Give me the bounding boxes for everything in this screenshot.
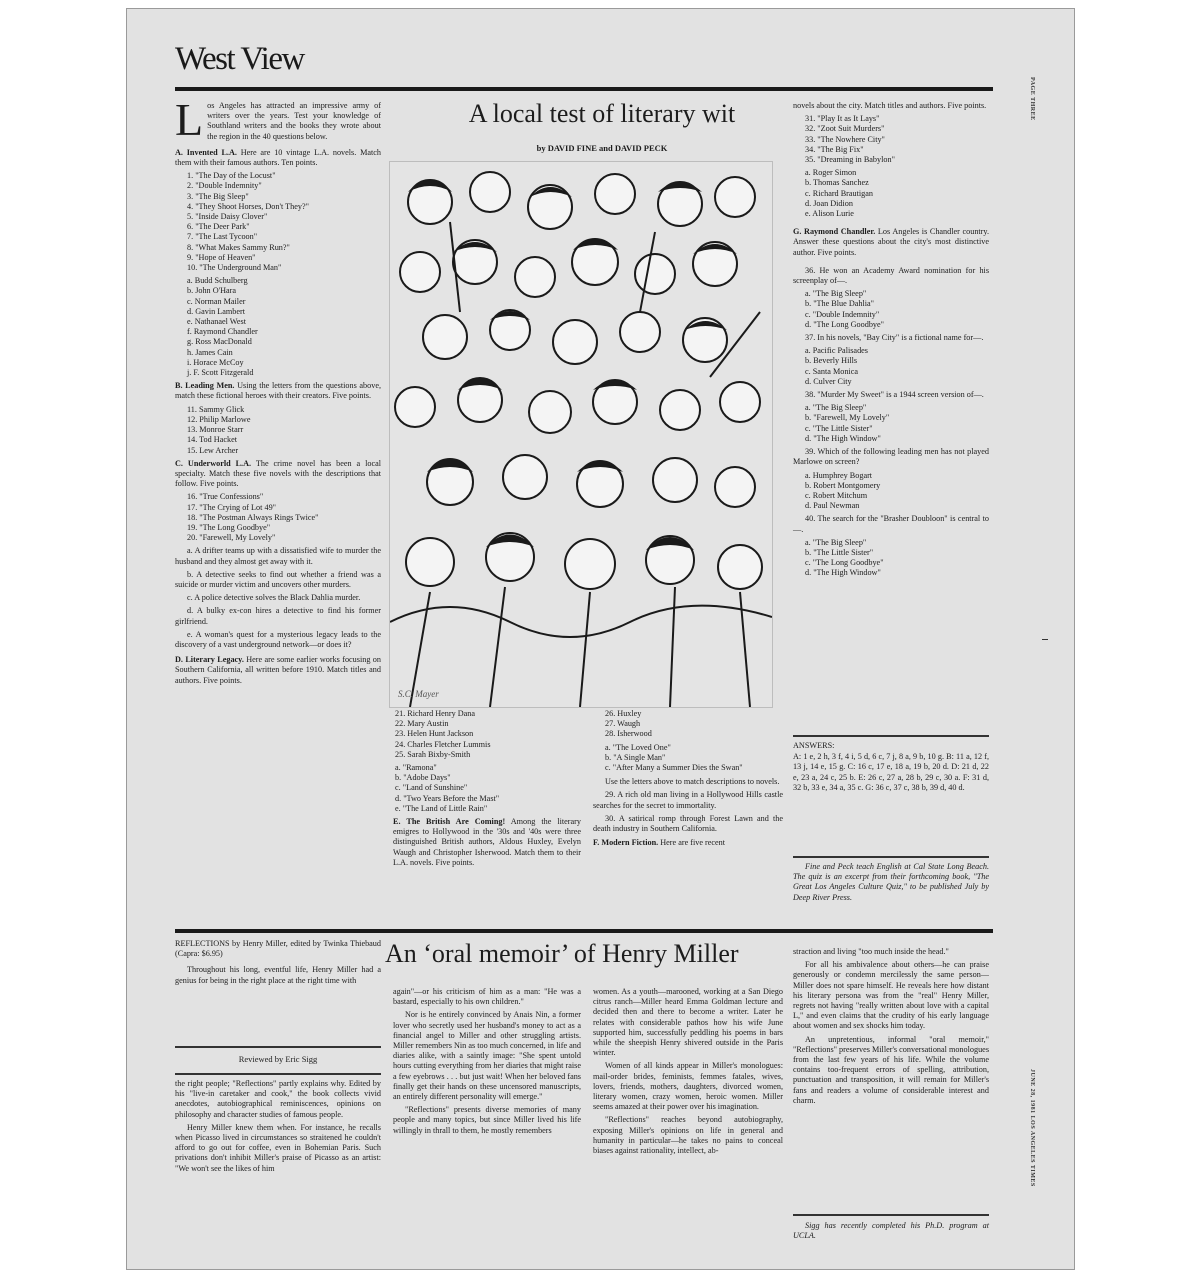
option-item: a. Pacific Palisades	[805, 346, 989, 356]
section-f-intro: F. Modern Fiction. Here are five recent	[593, 838, 783, 848]
option-item: d. Culver City	[805, 377, 989, 387]
review-column-1: REFLECTIONS by Henry Miller, edited by T…	[175, 939, 381, 989]
question-item: 10. "The Underground Man"	[187, 263, 381, 273]
section-f-options: a. Roger Simon b. Thomas Sanchez c. Rich…	[793, 168, 989, 219]
question-item: 35. "Dreaming in Babylon"	[805, 155, 989, 165]
question-item: 31. "Play It as It Lays"	[805, 114, 989, 124]
reviewer-note-rule	[793, 1214, 989, 1216]
option-item: c. A police detective solves the Black D…	[175, 593, 381, 603]
option-item: b. "The Little Sister"	[805, 548, 989, 558]
question-item: 16. "True Confessions"	[187, 492, 381, 502]
question-item: 8. "What Makes Sammy Run?"	[187, 243, 381, 253]
answers-text: A: 1 e, 2 h, 3 f, 4 i, 5 d, 6 c, 7 j, 8 …	[793, 752, 989, 793]
question-item: 17. "The Crying of Lot 49"	[187, 503, 381, 513]
question-item: 27. Waugh	[605, 719, 783, 729]
section-b-intro: B. Leading Men. Using the letters from t…	[175, 381, 381, 401]
section-f-questions: 31. "Play It as It Lays" 32. "Zoot Suit …	[793, 114, 989, 165]
review-paragraph: "Reflections" presents diverse memories …	[393, 1105, 581, 1136]
option-item: a. "The Big Sleep"	[805, 403, 989, 413]
question-item: 28. Isherwood	[605, 729, 783, 739]
option-item: b. A detective seeks to find out whether…	[175, 570, 381, 590]
option-item: b. "Adobe Days"	[395, 773, 581, 783]
question-37: 37. In his novels, "Bay City" is a ficti…	[793, 333, 989, 343]
option-item: b. Thomas Sanchez	[805, 178, 989, 188]
reviewer-note: Sigg has recently completed his Ph.D. pr…	[793, 1221, 989, 1241]
newspaper-page: West View PAGE THREE JUNE 28, 1981 LOS A…	[126, 8, 1075, 1270]
quiz-column-2: 21. Richard Henry Dana 22. Mary Austin 2…	[393, 709, 581, 871]
option-item: b. Robert Montgomery	[805, 481, 989, 491]
author-note: Fine and Peck teach English at Cal State…	[793, 862, 989, 903]
section-e-intro: E. The British Are Coming! Among the lit…	[393, 817, 581, 868]
option-item: c. "Land of Sunshine"	[395, 783, 581, 793]
option-item: c. "The Little Sister"	[805, 424, 989, 434]
option-item: g. Ross MacDonald	[187, 337, 381, 347]
margin-mark	[1042, 639, 1048, 640]
answers-label: ANSWERS:	[793, 741, 989, 751]
question-item: 21. Richard Henry Dana	[395, 709, 581, 719]
section-c-intro: C. Underworld L.A. The crime novel has b…	[175, 459, 381, 490]
question-item: 13. Monroe Starr	[187, 425, 381, 435]
question-40: 40. The search for the "Brasher Doubloon…	[793, 514, 989, 534]
question-38: 38. "Murder My Sweet" is a 1944 screen v…	[793, 390, 989, 400]
question-item: 4. "They Shoot Horses, Don't They?"	[187, 202, 381, 212]
question-item: 23. Helen Hunt Jackson	[395, 729, 581, 739]
description-item: 29. A rich old man living in a Hollywood…	[593, 790, 783, 810]
question-item: 14. Tod Hacket	[187, 435, 381, 445]
option-item: a. A drifter teams up with a dissatisfie…	[175, 546, 381, 566]
article-divider	[175, 929, 993, 933]
option-item: c. Robert Mitchum	[805, 491, 989, 501]
option-item: a. "The Big Sleep"	[805, 538, 989, 548]
question-36: 36. He won an Academy Award nomination f…	[793, 266, 989, 286]
review-paragraph: Henry Miller knew them when. For instanc…	[175, 1123, 381, 1174]
section-d-options: a. "Ramona" b. "Adobe Days" c. "Land of …	[393, 763, 581, 814]
review-column-2: again"—or his criticism of him as a man:…	[393, 987, 581, 1139]
option-item: a. "Ramona"	[395, 763, 581, 773]
option-item: a. Roger Simon	[805, 168, 989, 178]
question-item: 11. Sammy Glick	[187, 405, 381, 415]
section-b-questions: 11. Sammy Glick 12. Philip Marlowe 13. M…	[175, 405, 381, 456]
option-item: b. "The Blue Dahlia"	[805, 299, 989, 309]
question-item: 18. "The Postman Always Rings Twice"	[187, 513, 381, 523]
option-item: c. "Double Indemnity"	[805, 310, 989, 320]
question-item: 25. Sarah Bixby-Smith	[395, 750, 581, 760]
section-e-instruction: Use the letters above to match descripti…	[593, 777, 783, 787]
illustrator-signature: S.C. Mayer	[398, 689, 439, 699]
answers-box: ANSWERS: A: 1 e, 2 h, 3 f, 4 i, 5 d, 6 c…	[793, 741, 989, 796]
question-item: 15. Lew Archer	[187, 446, 381, 456]
option-item: c. "The Long Goodbye"	[805, 558, 989, 568]
section-d-questions: 21. Richard Henry Dana 22. Mary Austin 2…	[393, 709, 581, 760]
option-item: a. "The Loved One"	[593, 743, 783, 753]
reviewer-rule	[175, 1046, 381, 1048]
date-label: JUNE 28, 1981 LOS ANGELES TIMES	[1029, 1069, 1035, 1187]
option-item: b. Beverly Hills	[805, 356, 989, 366]
section-d-intro: D. Literary Legacy. Here are some earlie…	[175, 655, 381, 686]
question-item: 2. "Double Indemnity"	[187, 181, 381, 191]
review-paragraph: again"—or his criticism of him as a man:…	[393, 987, 581, 1007]
reviewer-note-box: Sigg has recently completed his Ph.D. pr…	[793, 1221, 989, 1244]
review-paragraph: An unpretentious, informal "oral memoir,…	[793, 1035, 989, 1106]
section-e-questions: 26. Huxley 27. Waugh 28. Isherwood	[593, 709, 783, 740]
question-item: 34. "The Big Fix"	[805, 145, 989, 155]
option-item: e. "The Land of Little Rain"	[395, 804, 581, 814]
option-item: f. Raymond Chandler	[187, 327, 381, 337]
review-paragraph: straction and living "too much inside th…	[793, 947, 989, 957]
description-item: 30. A satirical romp through Forest Lawn…	[593, 814, 783, 834]
section-c-questions: 16. "True Confessions" 17. "The Crying o…	[175, 492, 381, 543]
section-a-intro: A. Invented L.A. Here are 10 vintage L.A…	[175, 148, 381, 168]
note-rule	[793, 856, 989, 858]
option-item: a. "The Big Sleep"	[805, 289, 989, 299]
reviewer-rule-bottom	[175, 1073, 381, 1075]
quiz-headline: A local test of literary wit	[377, 99, 827, 129]
masthead: West View	[175, 41, 304, 78]
question-item: 7. "The Last Tycoon"	[187, 232, 381, 242]
option-item: d. Gavin Lambert	[187, 307, 381, 317]
review-paragraph: "Reflections" reaches beyond autobiograp…	[593, 1115, 783, 1156]
option-item: d. Joan Didion	[805, 199, 989, 209]
section-a-options: a. Budd Schulberg b. John O'Hara c. Norm…	[175, 276, 381, 378]
option-item: c. Richard Brautigan	[805, 189, 989, 199]
review-headline: An ‘oral memoir’ of Henry Miller	[385, 939, 785, 969]
drop-cap: L	[175, 102, 203, 138]
option-item: e. Alison Lurie	[805, 209, 989, 219]
review-column-4: straction and living "too much inside th…	[793, 947, 989, 1109]
question-item: 19. "The Long Goodbye"	[187, 523, 381, 533]
option-item: e. Nathanael West	[187, 317, 381, 327]
intro-paragraph: Los Angeles has attracted an impressive …	[175, 101, 381, 142]
option-item: d. "The Long Goodbye"	[805, 320, 989, 330]
question-item: 22. Mary Austin	[395, 719, 581, 729]
option-item: b. "A Single Man"	[593, 753, 783, 763]
question-item: 32. "Zoot Suit Murders"	[805, 124, 989, 134]
question-item: 9. "Hope of Heaven"	[187, 253, 381, 263]
section-g-intro: G. Raymond Chandler. Los Angeles is Chan…	[793, 227, 989, 258]
option-item: d. A bulky ex-con hires a detective to f…	[175, 606, 381, 626]
option-item: c. Santa Monica	[805, 367, 989, 377]
review-column-1-body: the right people; "Reflections" partly e…	[175, 1079, 381, 1177]
question-item: 3. "The Big Sleep"	[187, 192, 381, 202]
review-column-3: women. As a youth—marooned, working at a…	[593, 987, 783, 1159]
review-paragraph: Nor is he entirely convinced by Anais Ni…	[393, 1010, 581, 1102]
review-paragraph: the right people; "Reflections" partly e…	[175, 1079, 381, 1120]
quiz-column-4: novels about the city. Match titles and …	[793, 101, 989, 582]
option-item: d. "The High Window"	[805, 568, 989, 578]
quiz-column-3: 26. Huxley 27. Waugh 28. Isherwood a. "T…	[593, 709, 783, 851]
q37-options: a. Pacific Palisades b. Beverly Hills c.…	[793, 346, 989, 387]
option-item: c. Norman Mailer	[187, 297, 381, 307]
option-item: d. "The High Window"	[805, 434, 989, 444]
review-lede: Throughout his long, eventful life, Henr…	[175, 965, 381, 985]
q39-options: a. Humphrey Bogart b. Robert Montgomery …	[793, 471, 989, 512]
question-item: 6. "The Deer Park"	[187, 222, 381, 232]
review-paragraph: For all his ambivalence about others—he …	[793, 960, 989, 1031]
section-f-cont: novels about the city. Match titles and …	[793, 101, 989, 111]
question-item: 26. Huxley	[605, 709, 783, 719]
review-paragraph: women. As a youth—marooned, working at a…	[593, 987, 783, 1058]
review-paragraph: Women of all kinds appear in Miller's mo…	[593, 1061, 783, 1112]
masthead-rule	[175, 87, 993, 91]
quiz-byline: by DAVID FINE and DAVID PECK	[377, 143, 827, 153]
option-item: h. James Cain	[187, 348, 381, 358]
question-item: 1. "The Day of the Locust"	[187, 171, 381, 181]
question-39: 39. Which of the following leading men h…	[793, 447, 989, 467]
quiz-column-1: Los Angeles has attracted an impressive …	[175, 101, 381, 689]
question-item: 20. "Farewell, My Lovely"	[187, 533, 381, 543]
option-item: i. Horace McCoy	[187, 358, 381, 368]
option-item: b. "Farewell, My Lovely"	[805, 413, 989, 423]
q38-options: a. "The Big Sleep" b. "Farewell, My Love…	[793, 403, 989, 444]
option-item: c. "After Many a Summer Dies the Swan"	[593, 763, 783, 773]
option-item: a. Budd Schulberg	[187, 276, 381, 286]
book-info: REFLECTIONS by Henry Miller, edited by T…	[175, 939, 381, 959]
question-item: 5. "Inside Daisy Clover"	[187, 212, 381, 222]
page-number-label: PAGE THREE	[1029, 77, 1035, 121]
option-item: e. A woman's quest for a mysterious lega…	[175, 630, 381, 650]
option-item: b. John O'Hara	[187, 286, 381, 296]
q36-options: a. "The Big Sleep" b. "The Blue Dahlia" …	[793, 289, 989, 330]
question-item: 33. "The Nowhere City"	[805, 135, 989, 145]
reviewer-credit: Reviewed by Eric Sigg	[175, 1054, 381, 1064]
caricature-crowd-icon	[390, 162, 772, 707]
author-note-box: Fine and Peck teach English at Cal State…	[793, 862, 989, 906]
option-item: d. Paul Newman	[805, 501, 989, 511]
section-a-questions: 1. "The Day of the Locust" 2. "Double In…	[175, 171, 381, 273]
writers-crowd-illustration: S.C. Mayer	[389, 161, 773, 708]
option-item: d. "Two Years Before the Mast"	[395, 794, 581, 804]
question-item: 12. Philip Marlowe	[187, 415, 381, 425]
option-item: j. F. Scott Fitzgerald	[187, 368, 381, 378]
option-item: a. Humphrey Bogart	[805, 471, 989, 481]
question-item: 24. Charles Fletcher Lummis	[395, 740, 581, 750]
q40-options: a. "The Big Sleep" b. "The Little Sister…	[793, 538, 989, 579]
answers-rule	[793, 735, 989, 737]
